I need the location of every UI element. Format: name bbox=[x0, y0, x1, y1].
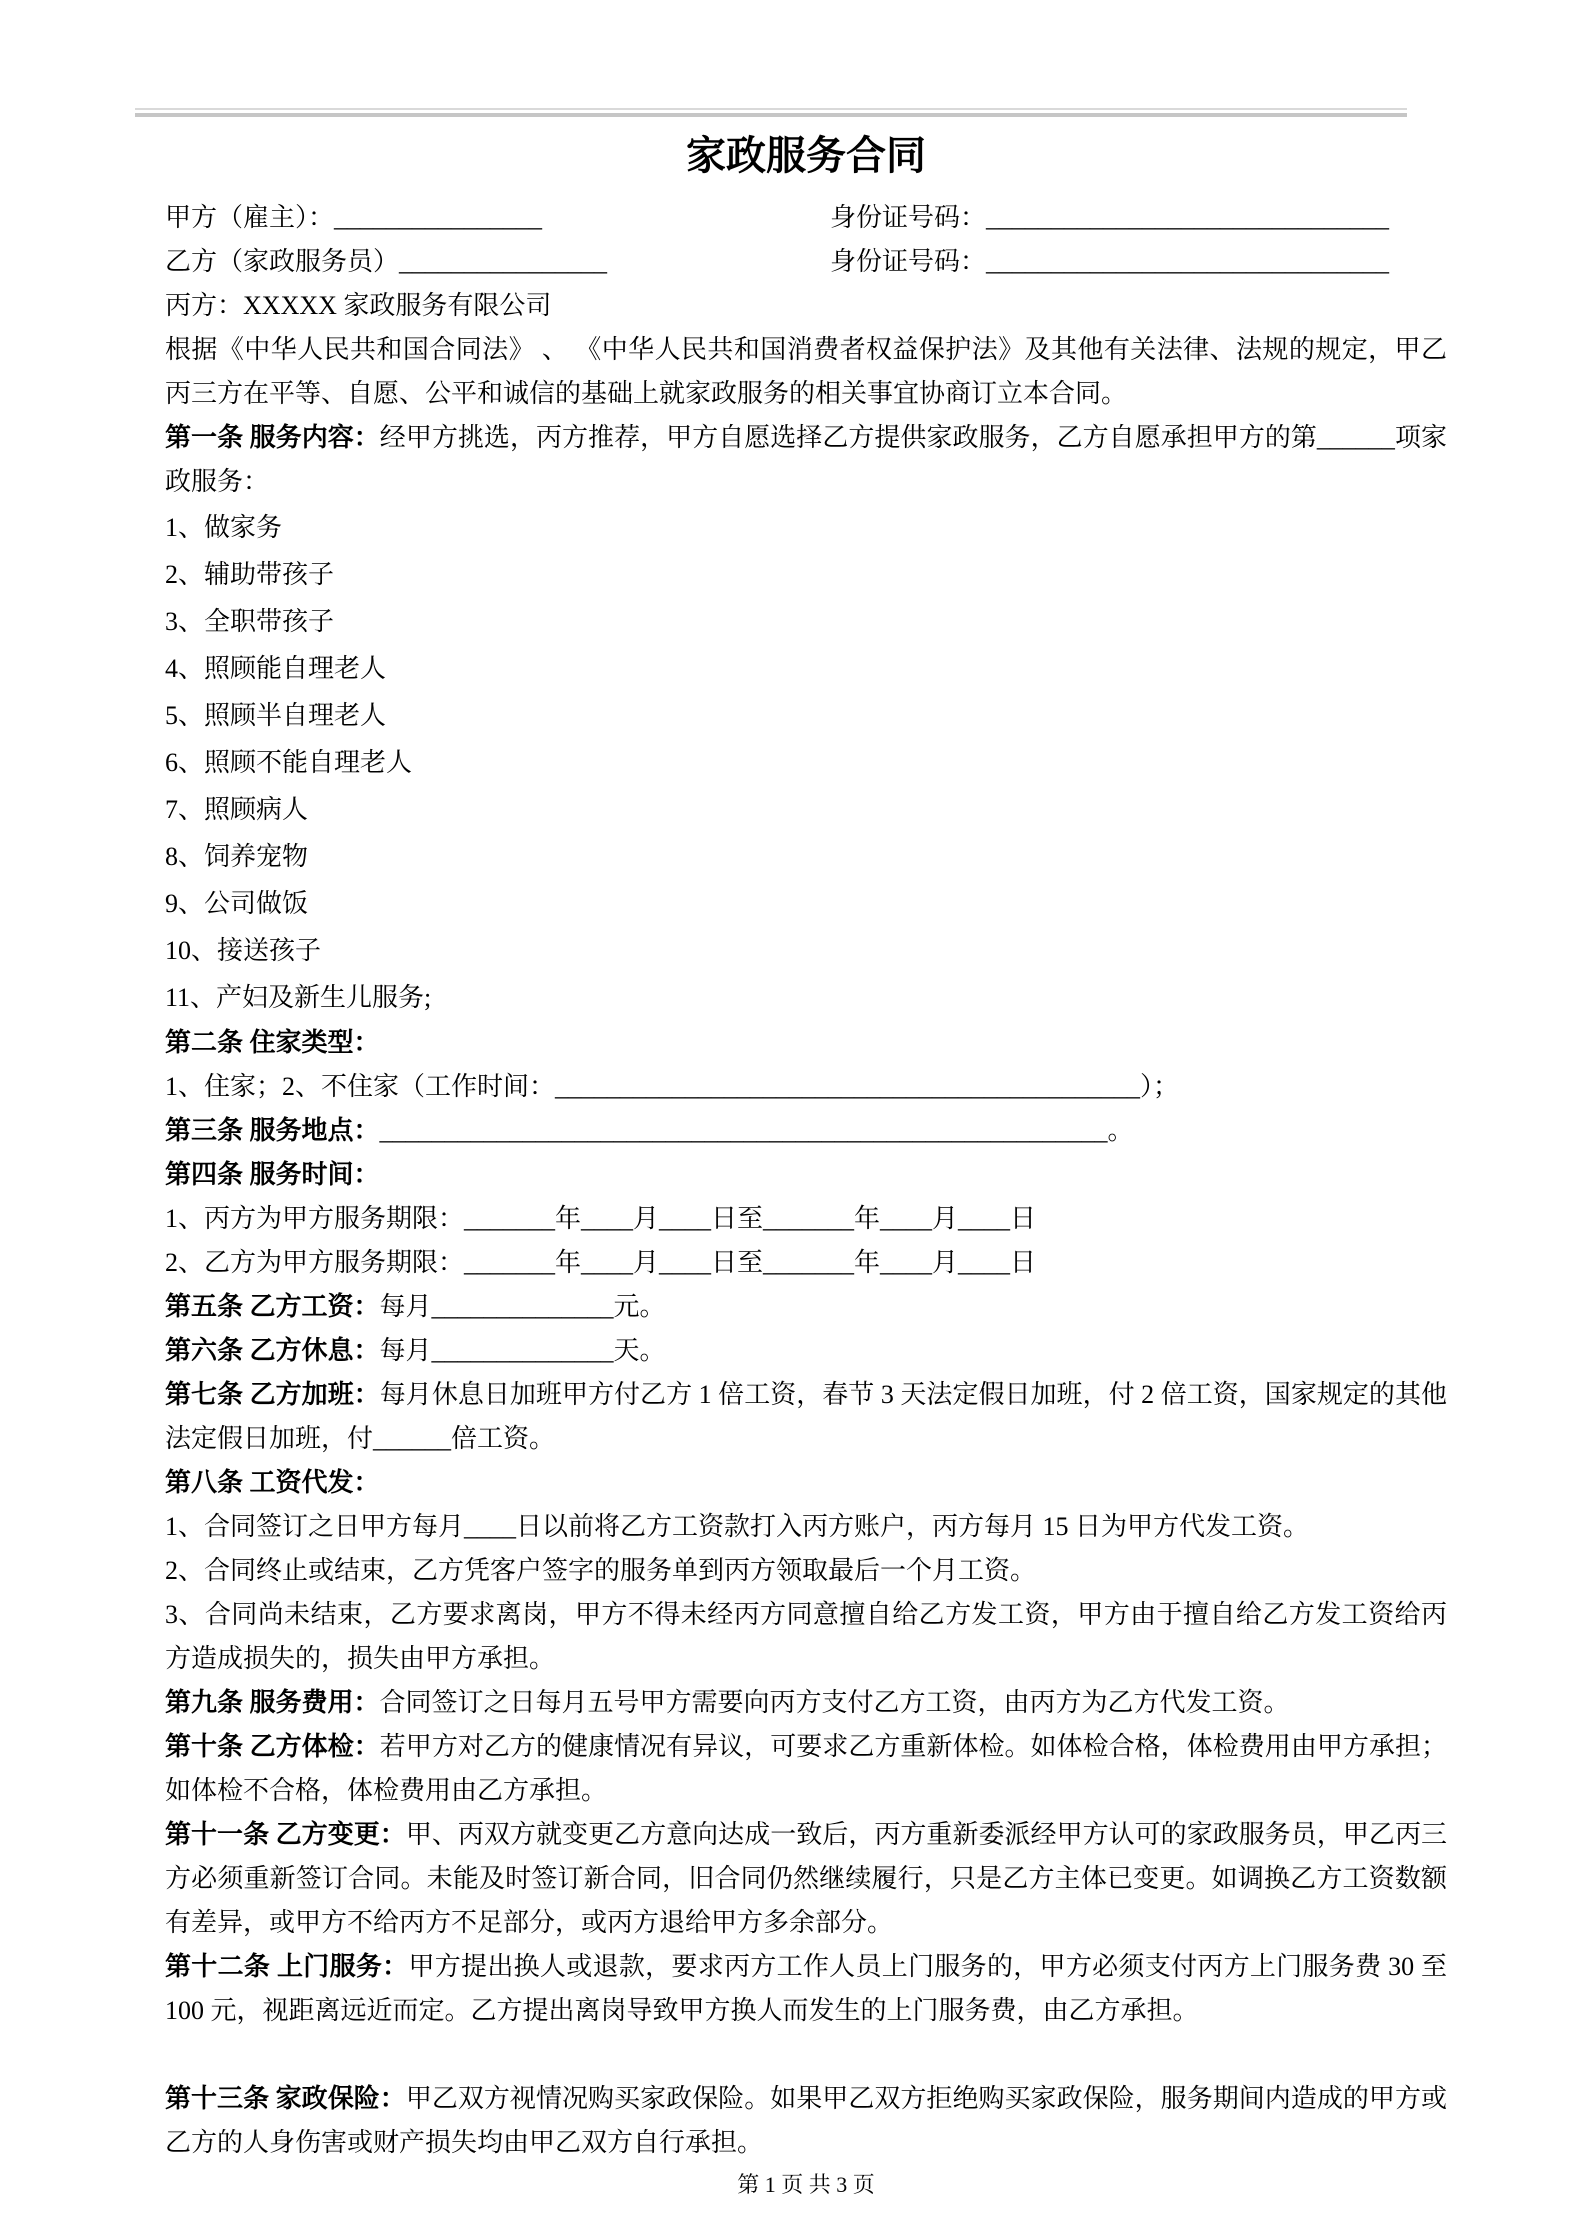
service-item-11: 11、产妇及新生儿服务; bbox=[165, 974, 1447, 1021]
article-8-item-3: 3、合同尚未结束，乙方要求离岗，甲方不得未经丙方同意擅自给乙方发工资，甲方由于擅… bbox=[165, 1593, 1447, 1681]
article-3-blank: ________________________________________… bbox=[380, 1116, 1134, 1145]
article-2-heading: 第二条 住家类型： bbox=[165, 1021, 1447, 1065]
party-row-c: 丙方：XXXXX 家政服务有限公司 bbox=[165, 284, 1447, 328]
article-2-label: 第二条 住家类型： bbox=[165, 1028, 380, 1057]
intro-paragraph: 根据《中华人民共和国合同法》 、 《中华人民共和国消费者权益保护法》及其他有关法… bbox=[165, 328, 1447, 416]
party-b-id-label: 身份证号码： bbox=[830, 247, 986, 276]
article-6: 第六条 乙方休息：每月______________天。 bbox=[165, 1329, 1447, 1373]
party-c-value: XXXXX 家政服务有限公司 bbox=[243, 291, 551, 320]
document-page: 家政服务合同 甲方（雇主）：________________ 身份证号码：___… bbox=[0, 0, 1587, 2203]
article-4-label: 第四条 服务时间： bbox=[165, 1160, 380, 1189]
party-a-id-blank: _______________________________ bbox=[986, 203, 1389, 232]
article-10-label: 第十条 乙方体检： bbox=[165, 1732, 380, 1761]
article-8-heading: 第八条 工资代发： bbox=[165, 1461, 1447, 1505]
party-b-name-blank: ________________ bbox=[399, 247, 607, 276]
page-top-edge bbox=[135, 108, 1407, 117]
article-9-text: 合同签订之日每月五号甲方需要向丙方支付乙方工资，由丙方为乙方代发工资。 bbox=[380, 1688, 1290, 1717]
service-item-6: 6、照顾不能自理老人 bbox=[165, 739, 1447, 786]
service-item-8: 8、饲养宠物 bbox=[165, 833, 1447, 880]
party-a-id-label: 身份证号码： bbox=[830, 203, 986, 232]
article-3-label: 第三条 服务地点： bbox=[165, 1116, 380, 1145]
article-4-line-2: 2、乙方为甲方服务期限：_______年____月____日至_______年_… bbox=[165, 1241, 1447, 1285]
article-11-label: 第十一条 乙方变更： bbox=[165, 1820, 406, 1849]
party-a-name-blank: ________________ bbox=[334, 203, 542, 232]
article-9: 第九条 服务费用：合同签订之日每月五号甲方需要向丙方支付乙方工资，由丙方为乙方代… bbox=[165, 1681, 1447, 1725]
party-row-b: 乙方（家政服务员）________________ 身份证号码：________… bbox=[165, 240, 1447, 284]
article-3: 第三条 服务地点：_______________________________… bbox=[165, 1109, 1447, 1153]
article-4-heading: 第四条 服务时间： bbox=[165, 1153, 1447, 1197]
article-8-label: 第八条 工资代发： bbox=[165, 1468, 380, 1497]
article-7: 第七条 乙方加班：每月休息日加班甲方付乙方 1 倍工资，春节 3 天法定假日加班… bbox=[165, 1373, 1447, 1461]
party-b-id-blank: _______________________________ bbox=[986, 247, 1389, 276]
service-item-2: 2、辅助带孩子 bbox=[165, 551, 1447, 598]
article-5-label: 第五条 乙方工资： bbox=[165, 1292, 380, 1321]
party-b-id-cell: 身份证号码：_______________________________ bbox=[830, 240, 1447, 284]
article-8-item-2: 2、合同终止或结束，乙方凭客户签字的服务单到丙方领取最后一个月工资。 bbox=[165, 1549, 1447, 1593]
service-item-5: 5、照顾半自理老人 bbox=[165, 692, 1447, 739]
service-item-7: 7、照顾病人 bbox=[165, 786, 1447, 833]
service-item-1: 1、做家务 bbox=[165, 504, 1447, 551]
party-a-id-cell: 身份证号码：_______________________________ bbox=[830, 196, 1447, 240]
article-1: 第一条 服务内容：经甲方挑选，丙方推荐，甲方自愿选择乙方提供家政服务，乙方自愿承… bbox=[165, 416, 1447, 504]
page-title: 家政服务合同 bbox=[165, 128, 1447, 184]
article-7-label: 第七条 乙方加班： bbox=[165, 1380, 380, 1409]
article-8-item-1: 1、合同签订之日甲方每月____日以前将乙方工资款打入丙方账户，丙方每月 15 … bbox=[165, 1505, 1447, 1549]
service-item-9: 9、公司做饭 bbox=[165, 880, 1447, 927]
article-12: 第十二条 上门服务：甲方提出换人或退款，要求丙方工作人员上门服务的，甲方必须支付… bbox=[165, 1945, 1447, 2033]
party-a-cell: 甲方（雇主）：________________ bbox=[165, 196, 830, 240]
article-5: 第五条 乙方工资：每月______________元。 bbox=[165, 1285, 1447, 1329]
article-6-text: 每月______________天。 bbox=[380, 1336, 666, 1365]
party-b-cell: 乙方（家政服务员）________________ bbox=[165, 240, 830, 284]
party-a-label: 甲方（雇主）： bbox=[165, 203, 334, 232]
article-6-label: 第六条 乙方休息： bbox=[165, 1336, 380, 1365]
article-13-label: 第十三条 家政保险： bbox=[165, 2084, 406, 2113]
article-13: 第十三条 家政保险：甲乙双方视情况购买家政保险。如果甲乙双方拒绝购买家政保险，服… bbox=[165, 2077, 1447, 2165]
article-2-line: 1、住家；2、不住家（工作时间：________________________… bbox=[165, 1065, 1447, 1109]
page-footer: 第 1 页 共 3 页 bbox=[165, 2167, 1447, 2203]
article-4-line-1: 1、丙方为甲方服务期限：_______年____月____日至_______年_… bbox=[165, 1197, 1447, 1241]
party-b-label: 乙方（家政服务员） bbox=[165, 247, 399, 276]
article-5-text: 每月______________元。 bbox=[380, 1292, 666, 1321]
party-c-label: 丙方： bbox=[165, 291, 243, 320]
article-1-label: 第一条 服务内容： bbox=[165, 423, 380, 452]
article-12-label: 第十二条 上门服务： bbox=[165, 1952, 408, 1981]
article-11: 第十一条 乙方变更：甲、丙双方就变更乙方意向达成一致后，丙方重新委派经甲方认可的… bbox=[165, 1813, 1447, 1945]
party-row-a: 甲方（雇主）：________________ 身份证号码：__________… bbox=[165, 196, 1447, 240]
service-item-4: 4、照顾能自理老人 bbox=[165, 645, 1447, 692]
article-10: 第十条 乙方体检：若甲方对乙方的健康情况有异议，可要求乙方重新体检。如体检合格，… bbox=[165, 1725, 1447, 1813]
service-item-3: 3、全职带孩子 bbox=[165, 598, 1447, 645]
service-item-10: 10、接送孩子 bbox=[165, 927, 1447, 974]
article-9-label: 第九条 服务费用： bbox=[165, 1688, 380, 1717]
